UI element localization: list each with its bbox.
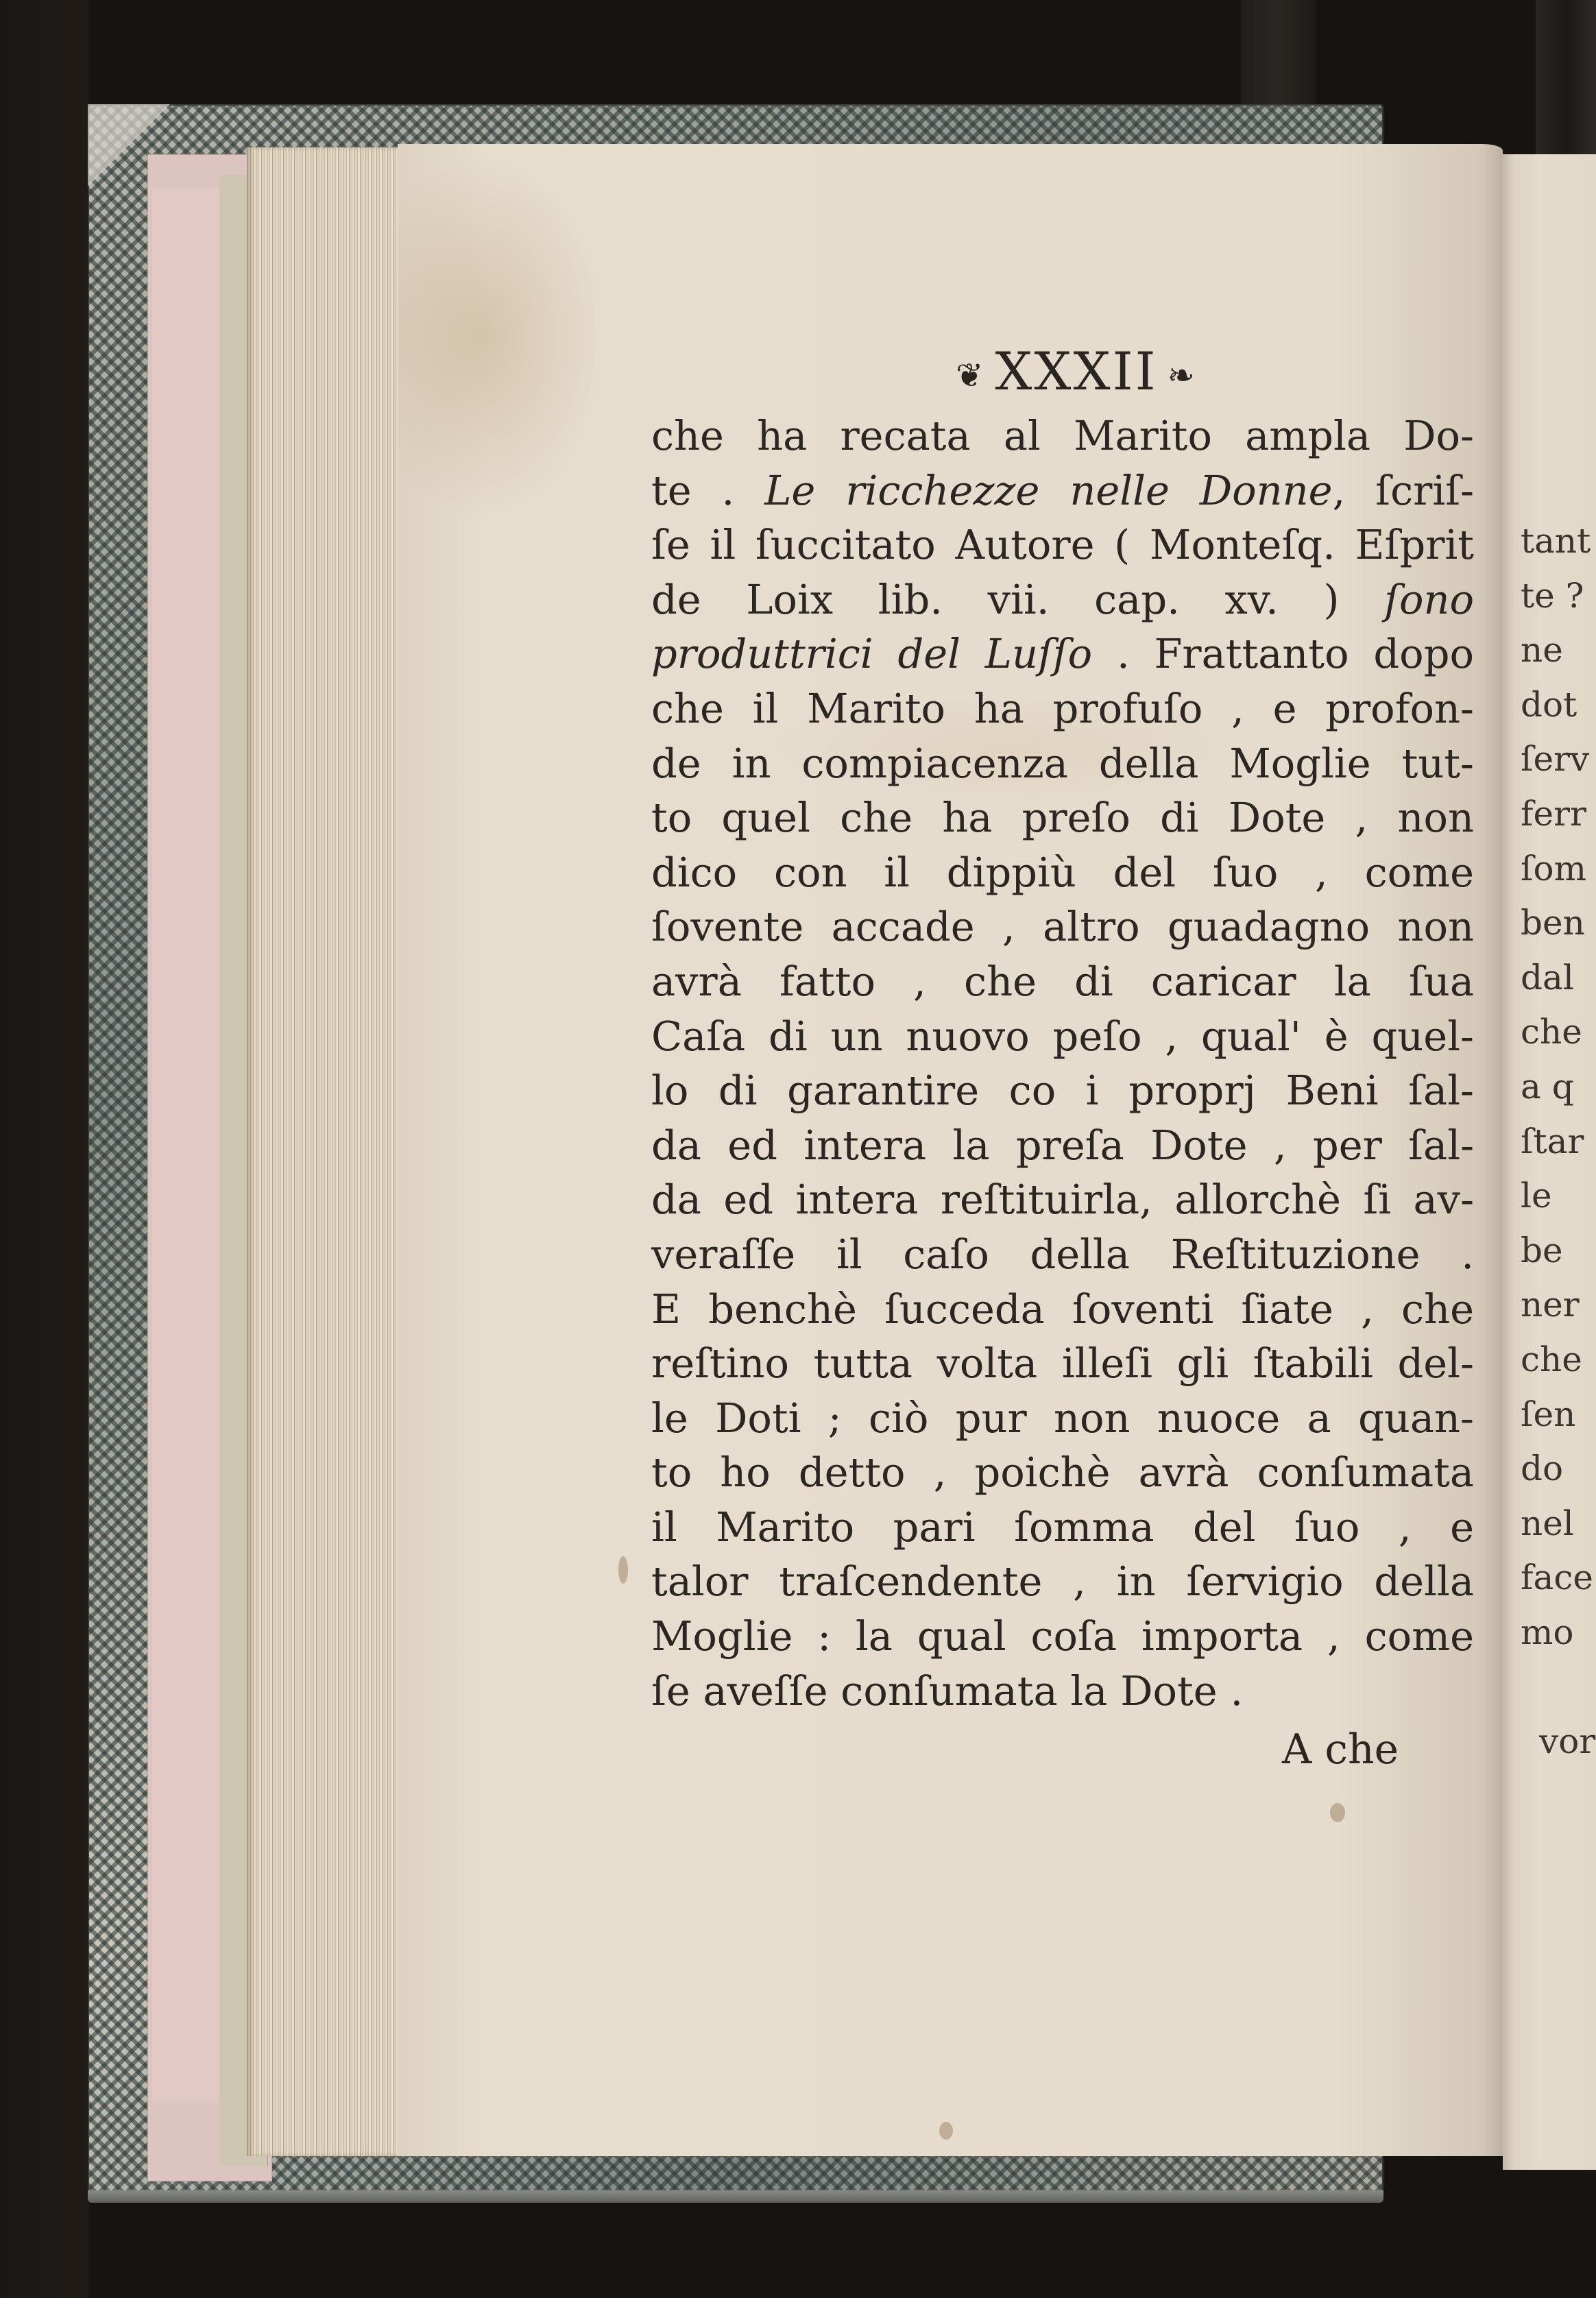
facing-line-fragment: te ?: [1521, 569, 1596, 624]
text-segment: dico con il dippiù del ſuo , come: [651, 849, 1474, 896]
text-segment: to quel che ha preſo di Dote , non: [651, 794, 1474, 841]
facing-page-catchword: vor: [1539, 1714, 1596, 1769]
text-segment: avrà fatto , che di caricar la ſua: [651, 958, 1474, 1005]
text-line: to quel che ha preſo di Dote , non: [651, 790, 1474, 845]
facing-line-fragment: che: [1521, 1333, 1596, 1388]
text-line: da ed intera la preſa Dote , per ſal-: [651, 1118, 1474, 1173]
facing-line-fragment: ne: [1521, 623, 1596, 678]
facing-line-fragment: dal: [1521, 951, 1596, 1006]
facing-line-fragment: le: [1521, 1169, 1596, 1224]
text-line: da ed intera reſtituirla, allorchè ſi av…: [651, 1172, 1474, 1227]
text-segment: le Doti ; ciò pur non nuoce a quan-: [651, 1394, 1474, 1442]
text-line: ſovente accade , altro guadagno non: [651, 899, 1474, 954]
foxing-spot: [939, 2122, 953, 2140]
facing-line-fragment: a q: [1521, 1060, 1596, 1115]
facing-line-fragment: mo: [1521, 1606, 1596, 1660]
text-line: Moglie : la qual coſa importa , come: [651, 1609, 1474, 1664]
text-segment: de Loix lib. vii. cap. xv. ): [651, 576, 1384, 623]
facing-line-fragment: che: [1521, 1005, 1596, 1060]
facing-line-fragment: ſen: [1521, 1388, 1596, 1442]
text-segment: E benchè ſucceda ſoventi ſiate , che: [651, 1285, 1474, 1333]
text-line: veraſſe il caſo della Reſtituzione .: [651, 1227, 1474, 1282]
facing-line-fragment: nel: [1521, 1497, 1596, 1551]
facing-line-fragment: ferr: [1521, 787, 1596, 842]
text-line: de Loix lib. vii. cap. xv. ) ſono: [651, 572, 1474, 627]
text-line: avrà fatto , che di caricar la ſua: [651, 954, 1474, 1009]
text-line: che ha recata al Marito ampla Do-: [651, 409, 1474, 463]
text-line: lo di garantire co i proprj Beni ſal-: [651, 1063, 1474, 1118]
italic-quotation: ſono: [1384, 576, 1474, 623]
text-line: dico con il dippiù del ſuo , come: [651, 845, 1474, 900]
text-segment: ſe aveſſe conſumata la Dote .: [651, 1667, 1243, 1715]
text-segment: ſovente accade , altro guadagno non: [651, 903, 1474, 950]
text-segment: . Frattanto dopo: [1092, 630, 1474, 677]
text-segment: veraſſe il caſo della Reſtituzione .: [651, 1231, 1474, 1278]
foxing-spot: [1330, 1803, 1345, 1822]
text-segment: lo di garantire co i proprj Beni ſal-: [651, 1067, 1474, 1114]
text-line: che il Marito ha profuſo , e profon-: [651, 681, 1474, 736]
text-segment: to ho detto , poichè avrà conſumata: [651, 1449, 1474, 1496]
facing-line-fragment: dot: [1521, 678, 1596, 733]
italic-quotation: produttrici del Luſſo: [651, 630, 1092, 677]
facing-page-text: tantte ?nedotſervferrſombendalchea qſtar…: [1521, 514, 1596, 1660]
text-line: to ho detto , poichè avrà conſumata: [651, 1445, 1474, 1500]
text-segment: che il Marito ha profuſo , e profon-: [651, 685, 1474, 732]
fleuron-left-icon: ❦: [956, 356, 985, 395]
facing-line-fragment: be: [1521, 1224, 1596, 1279]
facing-line-fragment: ben: [1521, 896, 1596, 951]
text-segment: che ha recata al Marito ampla Do-: [651, 412, 1474, 459]
text-segment: il Marito pari ſomma del ſuo , e: [651, 1503, 1474, 1551]
text-line: produttrici del Luſſo . Frattanto dopo: [651, 627, 1474, 681]
text-segment: Caſa di un nuovo peſo , qual' è quel-: [651, 1013, 1474, 1060]
foxing-spot: [618, 1556, 628, 1584]
background-support: [1536, 0, 1596, 165]
text-line: de in compiacenza della Moglie tut-: [651, 736, 1474, 791]
text-segment: te .: [651, 467, 764, 514]
text-line: E benchè ſucceda ſoventi ſiate , che: [651, 1282, 1474, 1337]
text-segment: ſe il ſuccitato Autore ( Monteſq. Eſprit: [651, 521, 1474, 568]
page-number: XXXII: [995, 341, 1157, 402]
pink-endpaper-inner: [152, 189, 221, 2101]
text-segment: Moglie : la qual coſa importa , come: [651, 1612, 1474, 1660]
facing-line-fragment: ſom: [1521, 842, 1596, 897]
facing-line-fragment: do: [1521, 1442, 1596, 1497]
text-segment: , ſcriſ-: [1333, 467, 1474, 514]
text-segment: da ed intera reſtituirla, allorchè ſi av…: [651, 1176, 1474, 1223]
text-segment: talor traſcendente , in ſervigio della: [651, 1558, 1474, 1605]
italic-quotation: Le ricchezze nelle Donne: [764, 467, 1332, 514]
text-line: Caſa di un nuovo peſo , qual' è quel-: [651, 1009, 1474, 1064]
text-segment: da ed intera la preſa Dote , per ſal-: [651, 1122, 1474, 1169]
page-edges-stack: [247, 147, 402, 2156]
body-text: che ha recata al Marito ampla Do-te . Le…: [651, 409, 1474, 1718]
facing-line-fragment: tant: [1521, 514, 1596, 569]
facing-line-fragment: ner: [1521, 1278, 1596, 1333]
text-segment: de in compiacenza della Moglie tut-: [651, 740, 1474, 787]
facing-line-fragment: face: [1521, 1551, 1596, 1606]
text-line: talor traſcendente , in ſervigio della: [651, 1554, 1474, 1609]
fleuron-right-icon: ❧: [1168, 356, 1197, 395]
cover-edge: [88, 2190, 1383, 2203]
running-head: ❦XXXII❧: [898, 337, 1255, 410]
text-line: ſe il ſuccitato Autore ( Monteſq. Eſprit: [651, 518, 1474, 572]
text-line: te . Le ricchezze nelle Donne, ſcriſ-: [651, 463, 1474, 518]
facing-line-fragment: ſtar: [1521, 1115, 1596, 1170]
background: [0, 0, 89, 2298]
text-line: reſtino tutta volta illeſi gli ſtabili d…: [651, 1336, 1474, 1391]
text-line: le Doti ; ciò pur non nuoce a quan-: [651, 1391, 1474, 1446]
text-line: il Marito pari ſomma del ſuo , e: [651, 1500, 1474, 1555]
facing-line-fragment: ſerv: [1521, 732, 1596, 787]
text-line: ſe aveſſe conſumata la Dote .: [651, 1664, 1474, 1719]
text-segment: reſtino tutta volta illeſi gli ſtabili d…: [651, 1340, 1474, 1387]
catchword: A che: [1282, 1722, 1399, 1777]
background-support: [1241, 0, 1316, 117]
